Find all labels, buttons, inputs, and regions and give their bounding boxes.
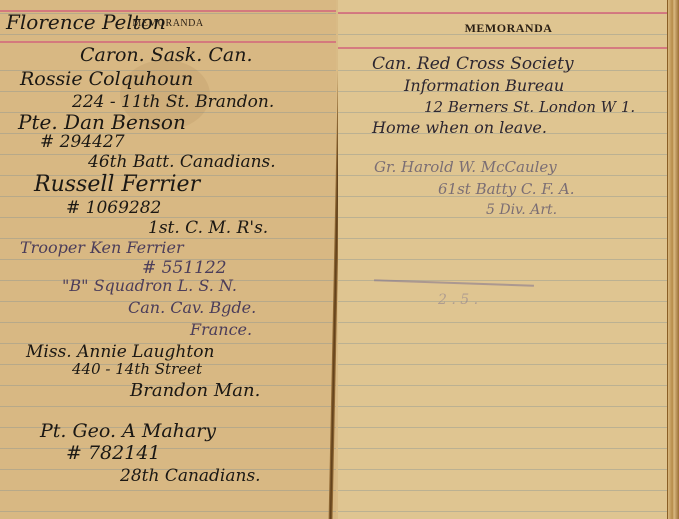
entry-unit: 1st. C. M. R's. <box>148 218 268 238</box>
entry-number: # 551122 <box>142 258 227 278</box>
entry-name-ken: Trooper Ken Ferrier <box>20 238 184 257</box>
left-page: MEMORANDA Florence Pelton Caron. Sask. C… <box>0 0 336 519</box>
entry-note: Home when on leave. <box>372 118 547 137</box>
red-rule-bottom <box>0 41 336 43</box>
notebook-spread: MEMORANDA Florence Pelton Caron. Sask. C… <box>0 0 679 519</box>
entry-number: # 782141 <box>66 442 161 464</box>
entry-unit: 61st Batty C. F. A. <box>438 180 575 198</box>
entry-name-harold: Gr. Harold W. McCauley <box>374 158 557 176</box>
red-rule-bottom <box>338 47 679 49</box>
entry-unit: 5 Div. Art. <box>486 202 557 218</box>
entry-name-florence: Florence Pelton <box>6 10 166 34</box>
entry-unit: "B" Squadron L. S. N. <box>62 276 237 295</box>
entry-number: # 294427 <box>40 132 125 152</box>
page-heading-right: MEMORANDA <box>338 21 679 36</box>
entry-address: 12 Berners St. London W 1. <box>424 98 635 116</box>
entry-address: Caron. Sask. Can. <box>80 44 253 66</box>
entry-address: 440 - 14th Street <box>72 360 202 378</box>
faint-line-mark <box>374 279 534 287</box>
entry-unit: 28th Canadians. <box>120 466 261 486</box>
entry-org: Can. Red Cross Society <box>372 54 574 74</box>
entry-name-rossie: Rossie Colquhoun <box>20 68 193 90</box>
entry-location: France. <box>190 320 252 339</box>
entry-number: # 1069282 <box>66 198 161 218</box>
entry-name-annie: Miss. Annie Laughton <box>26 342 214 362</box>
entry-org: Information Bureau <box>404 76 564 95</box>
right-page: MEMORANDA Can. Red Cross Society Informa… <box>338 0 679 519</box>
entry-address: Brandon Man. <box>130 380 260 401</box>
red-rule-top <box>338 12 679 14</box>
entry-name-dan-benson: Pte. Dan Benson <box>18 110 186 134</box>
faint-bleed-through: 2 . 5 . <box>438 292 478 308</box>
entry-name-geo-mahary: Pt. Geo. A Mahary <box>40 420 216 442</box>
entry-unit: Can. Cav. Bgde. <box>128 298 256 317</box>
entry-name-russell: Russell Ferrier <box>34 172 200 197</box>
entry-unit: 46th Batt. Canadians. <box>88 152 276 172</box>
entry-address: 224 - 11th St. Brandon. <box>72 92 274 112</box>
page-edge <box>667 0 679 519</box>
